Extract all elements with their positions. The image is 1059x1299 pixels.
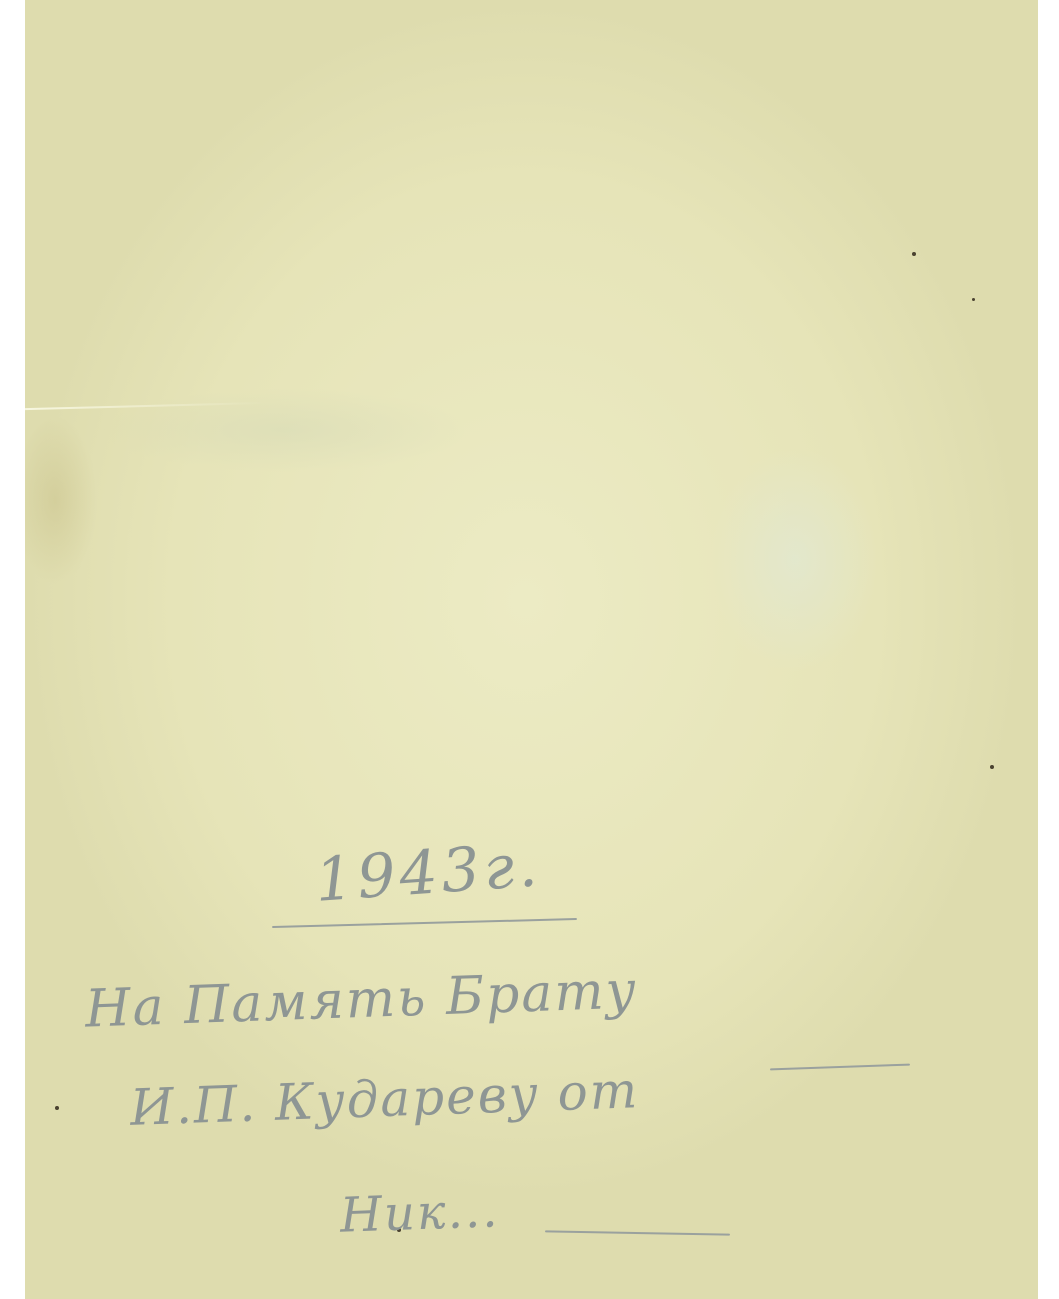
inscription-signature: Ник... bbox=[339, 1182, 500, 1244]
paper-speck bbox=[55, 1106, 59, 1110]
paper-speck bbox=[912, 252, 916, 256]
paper-fold-crease bbox=[25, 402, 265, 410]
paper-speck bbox=[990, 765, 994, 769]
paper-speck bbox=[972, 298, 975, 301]
